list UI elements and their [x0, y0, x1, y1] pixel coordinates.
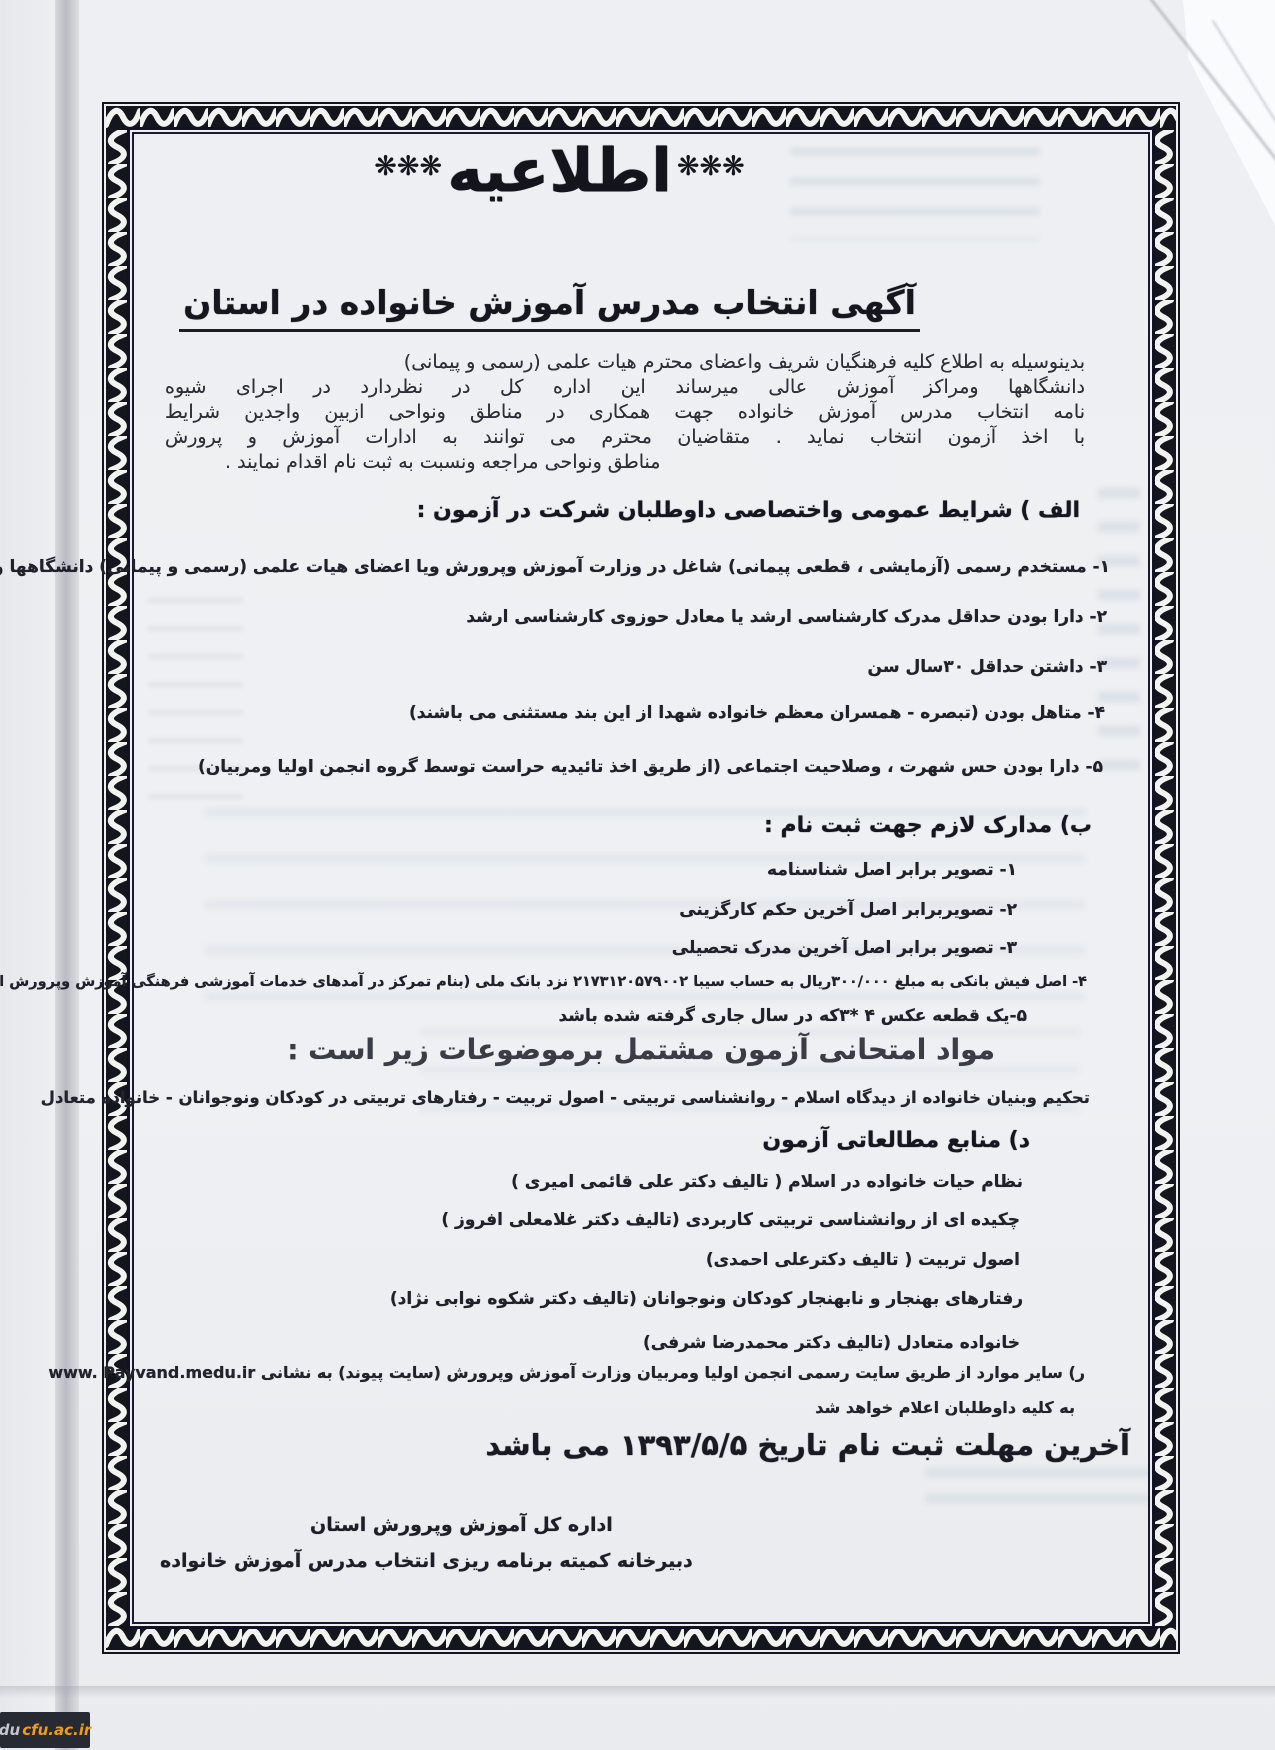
study-source-item: اصول تربیت ( تالیف دکترعلی احمدی) [706, 1250, 1020, 1270]
flower-asterisks-icon: ❋❋❋ [677, 151, 745, 182]
exam-materials-heading: مواد امتحانی آزمون مشتمل برموضوعات زیر ا… [287, 1033, 995, 1066]
study-source-item: چکیده ای از روانشناسی تربیتی کاربردی (تا… [441, 1210, 1020, 1230]
exam-topics-line: تحکیم وبنیان خانواده از دیدگاه اسلام - ر… [175, 1088, 1090, 1107]
scanned-announcement-page: ❋❋❋ اطلاعیه ❋❋❋ آگهی انتخاب مدرس آموزش خ… [0, 0, 1275, 1750]
study-source-item: رفتارهای بهنجار و نابهنجار کودکان ونوجوا… [390, 1289, 1023, 1309]
section-b-heading: ب) مدارک لازم جهت ثبت نام : [764, 813, 1092, 838]
intro-line: نامه انتخاب مدرس آموزش خانواده جهت همکار… [165, 400, 1085, 425]
signature-office: اداره کل آموزش وپرورش استان [310, 1514, 613, 1536]
page-title: اطلاعیه [447, 136, 672, 206]
document-title-row: ❋❋❋ اطلاعیه ❋❋❋ [0, 136, 1197, 206]
intro-line: با اخذ آزمون انتخاب نماید . متقاضیان محت… [165, 425, 1085, 450]
required-document-item: ۱- تصویر برابر اصل شناسنامه [767, 860, 1017, 880]
intro-line: دانشگاهها ومراکز آموزش عالی میرساند این … [165, 375, 1085, 400]
watermark-prefix: du [0, 1721, 20, 1739]
study-source-item: خانواده متعادل (تالیف دکتر محمدرضا شرفی) [643, 1333, 1020, 1353]
required-document-item: ۲- تصویربرابر اصل آخرین حکم کارگزینی [679, 900, 1017, 920]
other-info-line: ر) سایر موارد از طریق سایت رسمی انجمن او… [163, 1363, 1085, 1382]
condition-item: ۱- مستخدم رسمی (آزمایشی ، قطعی پیمانی) ش… [0, 557, 1110, 577]
registration-deadline: آخرین مهلت ثبت نام تاریخ ۱۳۹۳/۵/۵ می باش… [485, 1428, 1130, 1462]
required-document-item: ۴- اصل فیش بانکی به مبلغ ۳۰۰/۰۰۰ریال به … [0, 974, 1087, 990]
watermark-site-url: cfu.ac.ir [22, 1721, 91, 1739]
intro-line: مناطق ونواحی مراجعه ونسبت به ثبت نام اقد… [225, 450, 660, 475]
condition-item: ۳- داشتن حداقل ۳۰سال سن [868, 657, 1107, 677]
required-document-item: ۳- تصویر برابر اصل آخرین مدرک تحصیلی [672, 938, 1017, 958]
required-document-item: ۵-یک قطعه عکس ۴ *۳که در سال جاری گرفته ش… [558, 1006, 1027, 1026]
site-watermark: du cfu.ac.ir [0, 1712, 90, 1748]
signature-secretariat: دبیرخانه کمیته برنامه ریزی انتخاب مدرس آ… [160, 1550, 693, 1572]
announcement-subtitle-row: آگهی انتخاب مدرس آموزش خانواده در استان [0, 283, 1187, 332]
document-content: ❋❋❋ اطلاعیه ❋❋❋ آگهی انتخاب مدرس آموزش خ… [0, 0, 1275, 1750]
flower-asterisks-icon: ❋❋❋ [374, 151, 442, 182]
intro-line: بدینوسیله به اطلاع کلیه فرهنگیان شریف وا… [165, 350, 1085, 375]
condition-item: ۴- متاهل بودن (تبصره - همسران معظم خانوا… [409, 703, 1105, 723]
study-source-item: نظام حیات خانواده در اسلام ( تالیف دکتر … [511, 1172, 1023, 1192]
announcement-subtitle: آگهی انتخاب مدرس آموزش خانواده در استان [179, 283, 920, 332]
section-a-heading: الف ) شرایط عمومی واختصاصی داوطلبان شرکت… [417, 498, 1080, 523]
condition-item: ۵- دارا بودن حس شهرت ، وصلاحیت اجتماعی (… [198, 757, 1103, 777]
condition-item: ۲- دارا بودن حداقل مدرک کارشناسی ارشد یا… [466, 607, 1107, 627]
section-d-heading: د) منابع مطالعاتی آزمون [762, 1128, 1030, 1153]
other-info-line: به کلیه داوطلبان اعلام خواهد شد [815, 1398, 1075, 1417]
